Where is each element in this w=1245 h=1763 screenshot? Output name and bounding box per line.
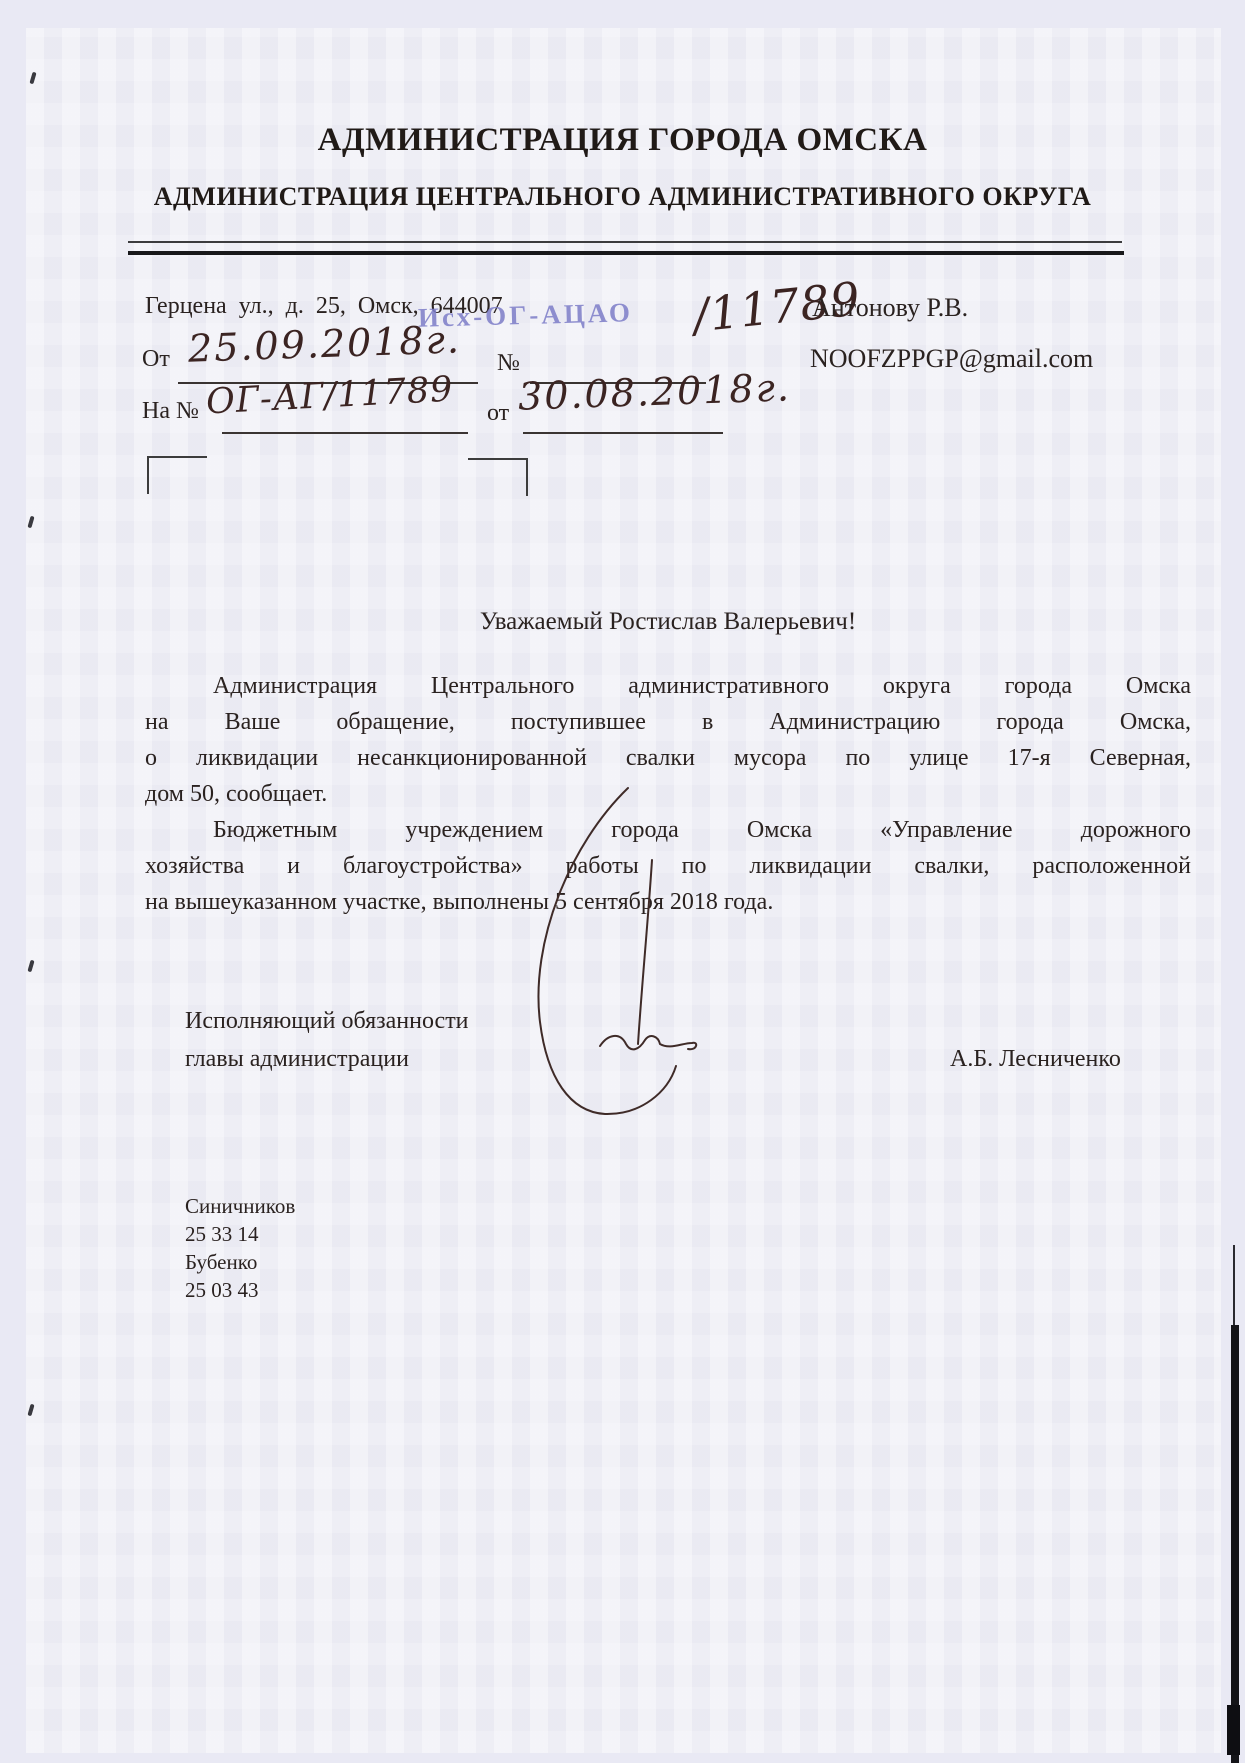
reply-to-label: На №	[142, 398, 199, 425]
salutation: Уважаемый Ростислав Валерьевич!	[145, 608, 1191, 636]
outgoing-stamp: Исх-ОГ-АЦАО	[418, 297, 634, 334]
signer-position-line1: Исполняющий обязанности	[185, 1008, 469, 1035]
signer-position-line2: главы администрации	[185, 1046, 409, 1073]
reply-from-label: от	[487, 400, 509, 427]
org-name-line2: АДМИНИСТРАЦИЯ ЦЕНТРАЛЬНОГО АДМИНИСТРАТИВ…	[40, 182, 1205, 212]
from-date-label: От	[142, 346, 170, 373]
scan-edge-artifact-strip	[1231, 1325, 1239, 1763]
address-zone-corner-left	[147, 456, 207, 494]
address-zone-corner-right	[468, 458, 528, 496]
executor-name-2: Бубенко	[185, 1250, 257, 1275]
body-p2-line1: Бюджетным учреждением города Омска «Упра…	[145, 812, 1191, 848]
body-p1-line4: дом 50, сообщает.	[145, 776, 1191, 812]
scan-edge-artifact-bottom	[1227, 1705, 1240, 1755]
reply-number-underline	[222, 432, 468, 434]
letterhead-rule-thick	[128, 251, 1124, 255]
letterhead-rule-thin	[128, 241, 1122, 243]
reply-date-underline	[523, 432, 723, 434]
scan-edge-artifact-thin	[1233, 1245, 1235, 1327]
executor-phone-1: 25 33 14	[185, 1222, 259, 1247]
body-p1-line1: Администрация Центрального административ…	[145, 668, 1191, 704]
letter-body: Администрация Центрального административ…	[145, 668, 1191, 920]
org-name-line1: АДМИНИСТРАЦИЯ ГОРОДА ОМСКА	[60, 122, 1185, 159]
recipient-name: Антонову Р.В.	[812, 293, 968, 323]
executor-name-1: Синичников	[185, 1194, 295, 1219]
number-label: №	[497, 350, 520, 377]
executor-phone-2: 25 03 43	[185, 1278, 259, 1303]
body-p1-line2: на Ваше обращение, поступившее в Админис…	[145, 704, 1191, 740]
body-p1-line3: о ликвидации несанкционированной свалки …	[145, 740, 1191, 776]
recipient-email: NOOFZPPGP@gmail.com	[810, 344, 1093, 374]
body-p2-line3: на вышеуказанном участке, выполнены 5 се…	[145, 884, 1191, 920]
signer-name: А.Б. Лесниченко	[950, 1046, 1121, 1073]
body-p2-line2: хозяйства и благоустройства» работы по л…	[145, 848, 1191, 884]
